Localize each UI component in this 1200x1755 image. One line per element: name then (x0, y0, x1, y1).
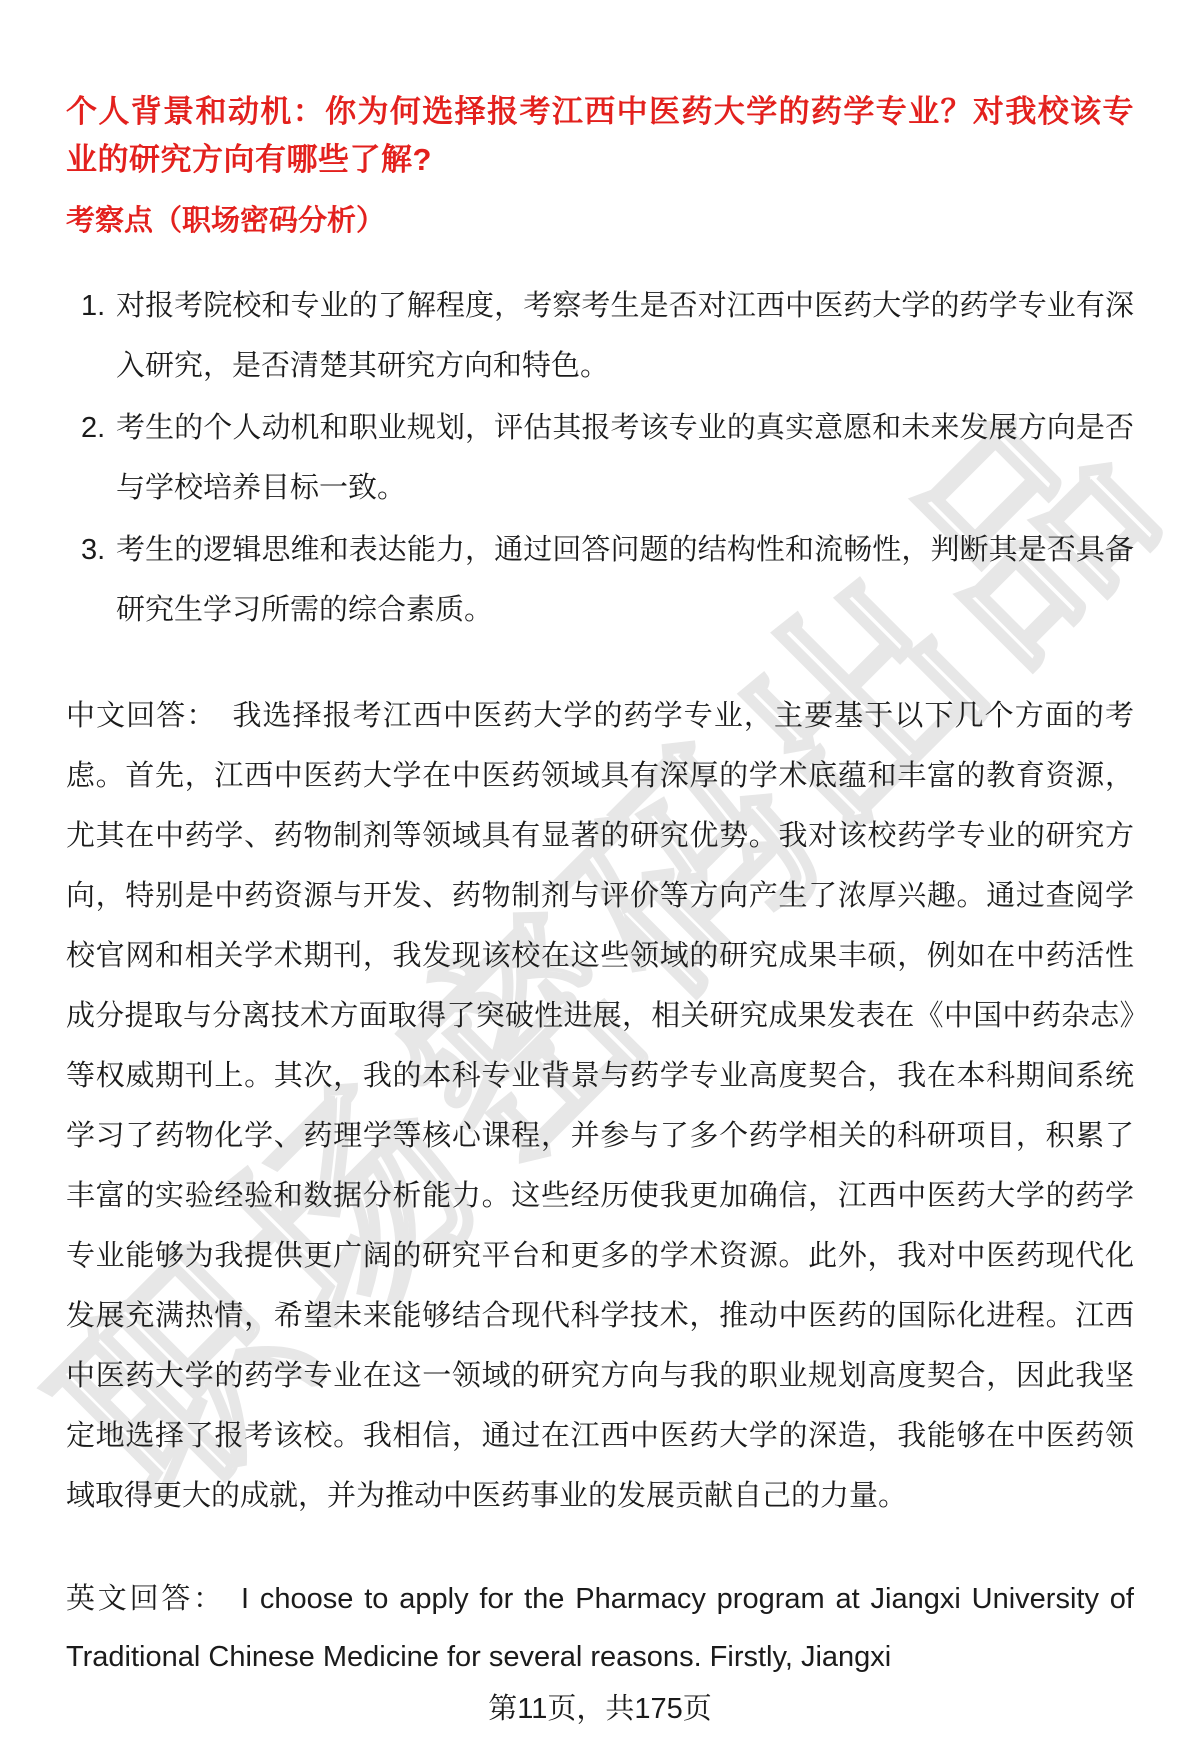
list-item-text: 考生的个人动机和职业规划，评估其报考该专业的真实意愿和未来发展方向是否与学校培养… (116, 412, 1134, 504)
page-number-footer: 第11页，共175页 (0, 1686, 1200, 1727)
list-number: 1. (81, 276, 105, 336)
document-page: 职场密码出品 个人背景和动机：你为何选择报考江西中医药大学的药学专业？对我校该专… (0, 0, 1200, 1755)
chinese-answer-paragraph: 中文回答：我选择报考江西中医药大学的药学专业，主要基于以下几个方面的考虑。首先，… (66, 686, 1134, 1526)
english-answer-paragraph: 英文回答：I choose to apply for the Pharmacy … (66, 1570, 1134, 1686)
list-number: 2. (81, 398, 105, 458)
english-answer-label: 英文回答： (66, 1583, 225, 1615)
page-content: 个人背景和动机：你为何选择报考江西中医药大学的药学专业？对我校该专业的研究方向有… (0, 0, 1200, 1686)
chinese-answer-text: 我选择报考江西中医药大学的药学专业，主要基于以下几个方面的考虑。首先，江西中医药… (66, 700, 1134, 1512)
list-item-text: 对报考院校和专业的了解程度，考察考生是否对江西中医药大学的药学专业有深入研究，是… (116, 290, 1134, 382)
section-heading: 考察点（职场密码分析） (66, 204, 1134, 238)
analysis-points-list: 1. 对报考院校和专业的了解程度，考察考生是否对江西中医药大学的药学专业有深入研… (66, 276, 1134, 640)
list-number: 3. (81, 520, 105, 580)
analysis-point-3: 3. 考生的逻辑思维和表达能力，通过回答问题的结构性和流畅性，判断其是否具备研究… (66, 520, 1134, 640)
english-answer-text: I choose to apply for the Pharmacy progr… (66, 1583, 1134, 1673)
analysis-point-1: 1. 对报考院校和专业的了解程度，考察考生是否对江西中医药大学的药学专业有深入研… (66, 276, 1134, 396)
question-title: 个人背景和动机：你为何选择报考江西中医药大学的药学专业？对我校该专业的研究方向有… (66, 0, 1134, 184)
analysis-point-2: 2. 考生的个人动机和职业规划，评估其报考该专业的真实意愿和未来发展方向是否与学… (66, 398, 1134, 518)
list-item-text: 考生的逻辑思维和表达能力，通过回答问题的结构性和流畅性，判断其是否具备研究生学习… (116, 534, 1134, 626)
chinese-answer-label: 中文回答： (66, 700, 216, 732)
